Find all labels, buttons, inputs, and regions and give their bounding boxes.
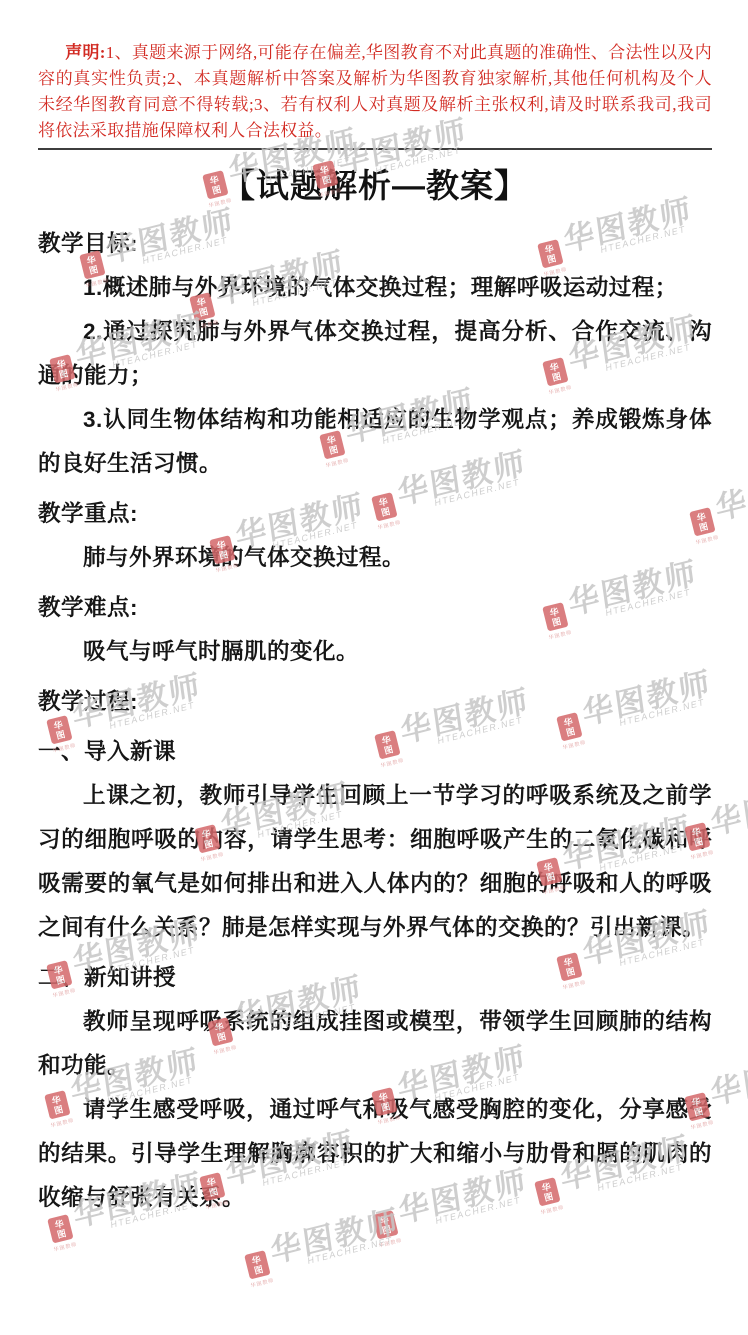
section-teaching-process: 教学过程: [38, 680, 712, 724]
paragraph: 肺与外界环境的气体交换过程。 [38, 536, 712, 580]
section-heading: 一、导入新课 [38, 730, 712, 774]
disclaimer: 声明:1、真题来源于网络,可能存在偏差,华图教育不对此真题的准确性、合法性以及内… [38, 40, 712, 144]
section-heading: 教学过程: [38, 680, 712, 724]
watermark-logo-caption: 华图教师 [53, 1237, 88, 1253]
section-teaching-key-points: 教学重点: 肺与外界环境的气体交换过程。 [38, 492, 712, 580]
section-heading: 教学难点: [38, 586, 712, 630]
section-teaching-difficulties: 教学难点: 吸气与呼气时膈肌的变化。 [38, 586, 712, 674]
paragraph: 吸气与呼气时膈肌的变化。 [38, 630, 712, 674]
section-new-knowledge: 二、新知讲授 教师呈现呼吸系统的组成挂图或模型，带领学生回顾肺的结构和功能。 请… [38, 956, 712, 1220]
paragraph: 1.概述肺与外界环境的气体交换过程；理解呼吸运动过程； [38, 266, 712, 310]
section-lead-in: 一、导入新课 上课之初，教师引导学生回顾上一节学习的呼吸系统及之前学习的细胞呼吸… [38, 730, 712, 950]
page-title: 【试题解析—教案】 [38, 164, 712, 208]
divider-line [38, 148, 712, 150]
watermark-brand-text: 华图教师 [707, 1037, 748, 1114]
document-content: 声明:1、真题来源于网络,可能存在偏差,华图教育不对此真题的准确性、合法性以及内… [38, 0, 712, 1220]
paragraph: 3.认同生物体结构和功能相适应的生物学观点；养成锻炼身体的良好生活习惯。 [38, 398, 712, 486]
document-page: 声明:1、真题来源于网络,可能存在偏差,华图教育不对此真题的准确性、合法性以及内… [0, 0, 748, 1335]
paragraph: 请学生感受呼吸，通过呼气和吸气感受胸腔的变化，分享感受的结果。引导学生理解胸廓容… [38, 1088, 712, 1220]
disclaimer-label: 声明: [65, 43, 106, 62]
section-heading: 二、新知讲授 [38, 956, 712, 1000]
watermark-brand-text: 华图教师 [707, 767, 748, 844]
paragraph: 教师呈现呼吸系统的组成挂图或模型，带领学生回顾肺的结构和功能。 [38, 1000, 712, 1088]
disclaimer-text: 1、真题来源于网络,可能存在偏差,华图教育不对此真题的准确性、合法性以及内容的真… [38, 43, 712, 140]
huatu-logo-icon: 华图 [244, 1250, 270, 1279]
watermark-domain-text: HTEACHER.NET [306, 1235, 394, 1266]
section-teaching-objectives: 教学目标: 1.概述肺与外界环境的气体交换过程；理解呼吸运动过程； 2.通过探究… [38, 222, 712, 486]
watermark-logo-caption: 华图教师 [250, 1273, 285, 1289]
paragraph: 上课之初，教师引导学生回顾上一节学习的呼吸系统及之前学习的细胞呼吸的内容，请学生… [38, 774, 712, 950]
lesson-plan-body: 教学目标: 1.概述肺与外界环境的气体交换过程；理解呼吸运动过程； 2.通过探究… [38, 222, 712, 1220]
section-heading: 教学重点: [38, 492, 712, 536]
paragraph: 2.通过探究肺与外界气体交换过程，提高分析、合作交流、沟通的能力； [38, 310, 712, 398]
watermark-logo-caption: 华图教师 [378, 1233, 413, 1249]
section-heading: 教学目标: [38, 222, 712, 266]
watermark-brand-text: 华图教师 [712, 452, 748, 529]
